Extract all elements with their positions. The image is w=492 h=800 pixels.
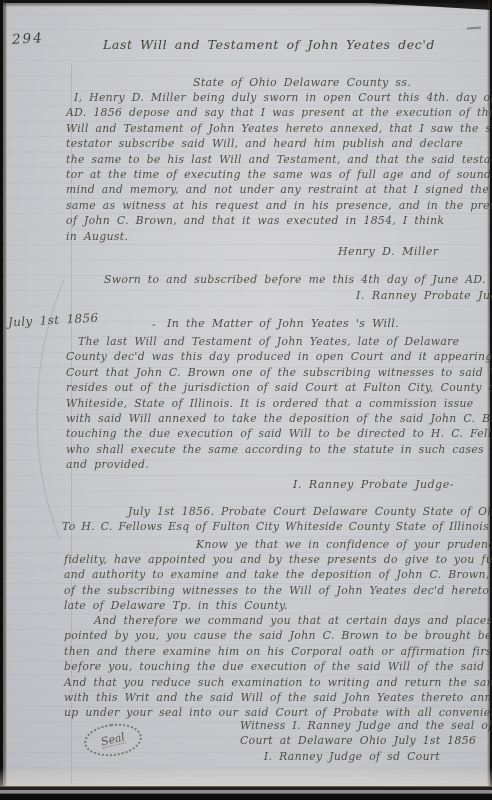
matter-entry-title: In the Matter of John Yeates 's Will. <box>167 316 399 331</box>
affidavit-venue-heading: State of Ohio Delaware County ss. <box>193 75 411 90</box>
jurat-judge-signature: I. Ranney Probate Judge <box>356 288 492 303</box>
commission-dateline: July 1st 1856. Probate Court Delaware Co… <box>128 504 492 519</box>
scan-edge-top <box>0 0 492 7</box>
matter-margin-date: July 1st 1856 <box>8 311 99 331</box>
seal-label: Seal <box>100 731 126 748</box>
page-number: 294 <box>12 31 45 48</box>
commission-command-paragraph: And therefore we command you that at cer… <box>64 613 492 721</box>
commission-body: fidelity, have appointed you and by thes… <box>64 552 492 614</box>
stray-ink-mark <box>467 27 481 30</box>
matter-judge-signature: I. Ranney Probate Judge- <box>293 477 454 492</box>
affidavit-body: I, Henry D. Miller being duly sworn in o… <box>66 90 492 244</box>
witness-signature: Henry D. Miller <box>338 244 439 259</box>
book-edge-bottom-band <box>0 786 492 800</box>
commission-opening-line: Know ye that we in confidence of your pr… <box>196 537 492 552</box>
court-seal-stamp: Seal <box>82 721 143 760</box>
jurat-statement: Sworn to and subscribed before me this 4… <box>104 272 492 287</box>
witness-attestation-block: Witness I. Ranney Judge and the seal of … <box>240 718 464 764</box>
scan-edge-top-right-corner <box>362 0 492 10</box>
page-bottom-highlight <box>0 768 492 786</box>
document-title: Last Will and Testament of John Yeates d… <box>103 37 435 52</box>
ledger-page-scan: 294 Last Will and Testament of John Yeat… <box>0 0 492 800</box>
commission-salutation: To H. C. Fellows Esq of Fulton City Whit… <box>62 519 492 534</box>
matter-heading-separator: - <box>152 317 156 332</box>
matter-entry-body: The last Will and Testament of John Yeat… <box>66 334 492 473</box>
scan-edge-left <box>0 0 7 800</box>
